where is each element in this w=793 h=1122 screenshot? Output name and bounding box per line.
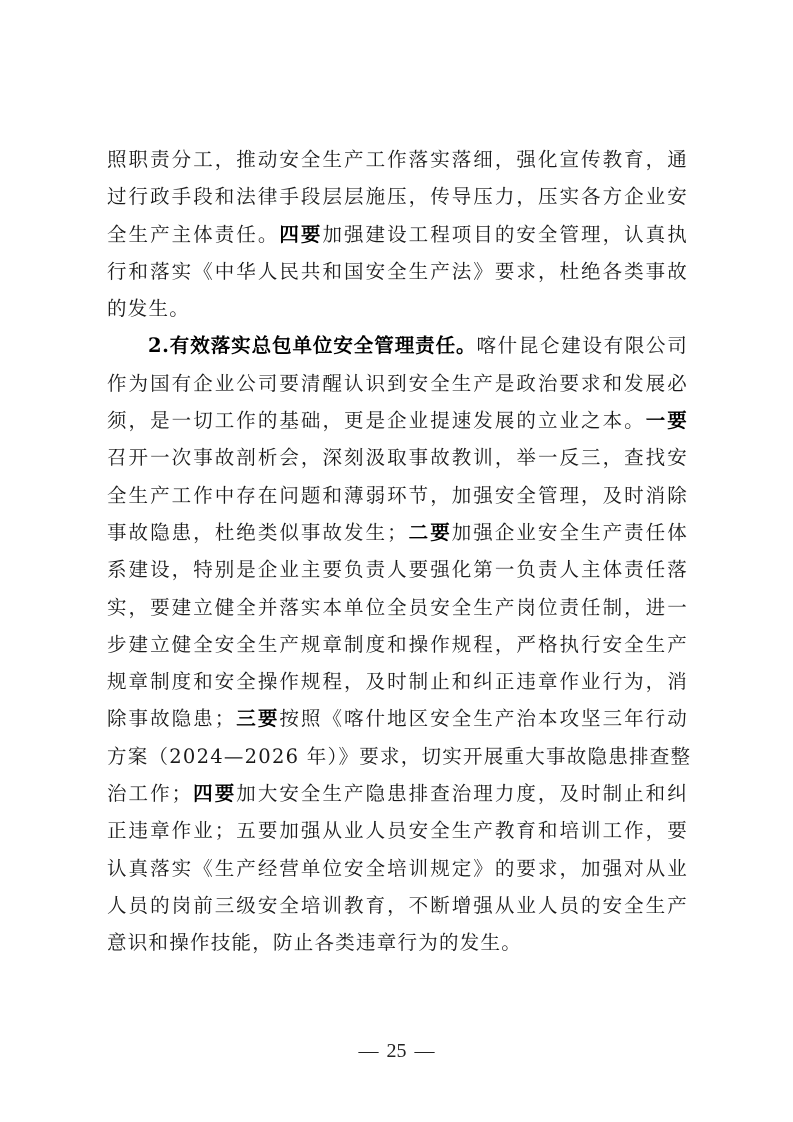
text-line: 作为国有企业公司要清醒认识到安全生产是政治要求和发展必 — [107, 365, 688, 402]
emphasis-first-requirement: 一要 — [646, 409, 688, 432]
text-run: 认真落实《生产经营单位安全培训规定》的要求，加强对从业 — [107, 857, 688, 880]
text-run: 方案（2024—2026 年）》要求，切实开展重大事故隐患排查整 — [107, 745, 691, 768]
text-run: 步建立健全安全生产规章制度和操作规程，严格执行安全生产 — [107, 633, 688, 656]
body-text: 照职责分工，推动安全生产工作落实落细，强化宣传教育，通 过行政手段和法律手段层层… — [107, 141, 697, 962]
text-run: 加大安全生产隐患排查治理力度，及时制止和纠 — [236, 782, 688, 805]
section-heading: 2.有效落实总包单位安全管理责任。 — [148, 334, 476, 357]
emphasis-second-requirement: 二要 — [408, 521, 452, 544]
text-run: 系建设，特别是企业主要负责人要强化第一负责人主体责任落 — [107, 558, 688, 581]
text-run: 过行政手段和法律手段层层施压，传导压力，压实各方企业安 — [107, 185, 688, 208]
text-run: 喀什昆仑建设有限公司 — [476, 334, 688, 357]
footer-dash-right: — — [415, 1040, 435, 1063]
text-run: 按照《喀什地区安全生产治本攻坚三年行动 — [279, 707, 688, 730]
text-line: 全生产主体责任。四要加强建设工程项目的安全管理，认真执 — [107, 216, 688, 253]
text-line: 须，是一切工作的基础，更是企业提速发展的立业之本。一要 — [107, 402, 688, 439]
text-line: 认真落实《生产经营单位安全培训规定》的要求，加强对从业 — [107, 850, 688, 887]
text-run: 作为国有企业公司要清醒认识到安全生产是政治要求和发展必 — [107, 372, 688, 395]
text-line: 过行政手段和法律手段层层施压，传导压力，压实各方企业安 — [107, 178, 688, 215]
text-run: 意识和操作技能，防止各类违章行为的发生。 — [107, 931, 522, 954]
text-run: 事故隐患，杜绝类似事故发生； — [107, 521, 408, 544]
text-run: 须，是一切工作的基础，更是企业提速发展的立业之本。 — [107, 409, 646, 432]
text-run: 实，要建立健全并落实本单位全员安全生产岗位责任制，进一 — [107, 596, 688, 619]
text-line: 意识和操作技能，防止各类违章行为的发生。 — [107, 924, 688, 961]
text-run: 全生产主体责任。 — [107, 223, 279, 246]
text-line: 照职责分工，推动安全生产工作落实落细，强化宣传教育，通 — [107, 141, 688, 178]
text-run: 照职责分工，推动安全生产工作落实落细，强化宣传教育，通 — [107, 148, 688, 171]
text-run: 治工作； — [107, 782, 192, 805]
text-run: 的发生。 — [107, 297, 190, 320]
text-line: 召开一次事故剖析会，深刻汲取事故教训，举一反三，查找安 — [107, 439, 688, 476]
text-run: 全生产工作中存在问题和薄弱环节，加强安全管理，及时消除 — [107, 484, 688, 507]
document-page: 照职责分工，推动安全生产工作落实落细，强化宣传教育，通 过行政手段和法律手段层层… — [0, 0, 793, 1122]
text-run: 加强企业安全生产责任体 — [452, 521, 688, 544]
text-run: 行和落实《中华人民共和国安全生产法》要求，杜绝各类事故 — [107, 260, 688, 283]
text-line: 系建设，特别是企业主要负责人要强化第一负责人主体责任落 — [107, 551, 688, 588]
text-line: 方案（2024—2026 年）》要求，切实开展重大事故隐患排查整 — [107, 738, 688, 775]
text-line: 全生产工作中存在问题和薄弱环节，加强安全管理，及时消除 — [107, 477, 688, 514]
text-run: 加强建设工程项目的安全管理，认真执 — [322, 223, 688, 246]
text-line: 步建立健全安全生产规章制度和操作规程，严格执行安全生产 — [107, 626, 688, 663]
text-line: 除事故隐患；三要按照《喀什地区安全生产治本攻坚三年行动 — [107, 700, 688, 737]
emphasis-fourth-requirement: 四要 — [192, 782, 236, 805]
text-run: 正违章作业；五要加强从业人员安全生产教育和培训工作，要 — [107, 819, 688, 842]
text-line: 2.有效落实总包单位安全管理责任。喀什昆仑建设有限公司 — [107, 327, 688, 364]
text-line: 事故隐患，杜绝类似事故发生；二要加强企业安全生产责任体 — [107, 514, 688, 551]
text-line: 治工作；四要加大安全生产隐患排查治理力度，及时制止和纠 — [107, 775, 688, 812]
text-run: 除事故隐患； — [107, 707, 235, 730]
page-number: 25 — [387, 1040, 407, 1062]
text-run: 规章制度和安全操作规程，及时制止和纠正违章作业行为，消 — [107, 670, 688, 693]
text-line: 正违章作业；五要加强从业人员安全生产教育和培训工作，要 — [107, 812, 688, 849]
footer-dash-left: — — [359, 1040, 379, 1063]
text-line: 人员的岗前三级安全培训教育，不断增强从业人员的安全生产 — [107, 887, 688, 924]
emphasis-fourth-requirement: 四要 — [279, 223, 322, 246]
text-line: 规章制度和安全操作规程，及时制止和纠正违章作业行为，消 — [107, 663, 688, 700]
emphasis-third-requirement: 三要 — [235, 707, 279, 730]
text-line: 的发生。 — [107, 290, 688, 327]
page-footer: —25— — [0, 1040, 793, 1063]
text-line: 实，要建立健全并落实本单位全员安全生产岗位责任制，进一 — [107, 589, 688, 626]
text-run: 召开一次事故剖析会，深刻汲取事故教训，举一反三，查找安 — [107, 446, 688, 469]
text-line: 行和落实《中华人民共和国安全生产法》要求，杜绝各类事故 — [107, 253, 688, 290]
text-run: 人员的岗前三级安全培训教育，不断增强从业人员的安全生产 — [107, 894, 688, 917]
